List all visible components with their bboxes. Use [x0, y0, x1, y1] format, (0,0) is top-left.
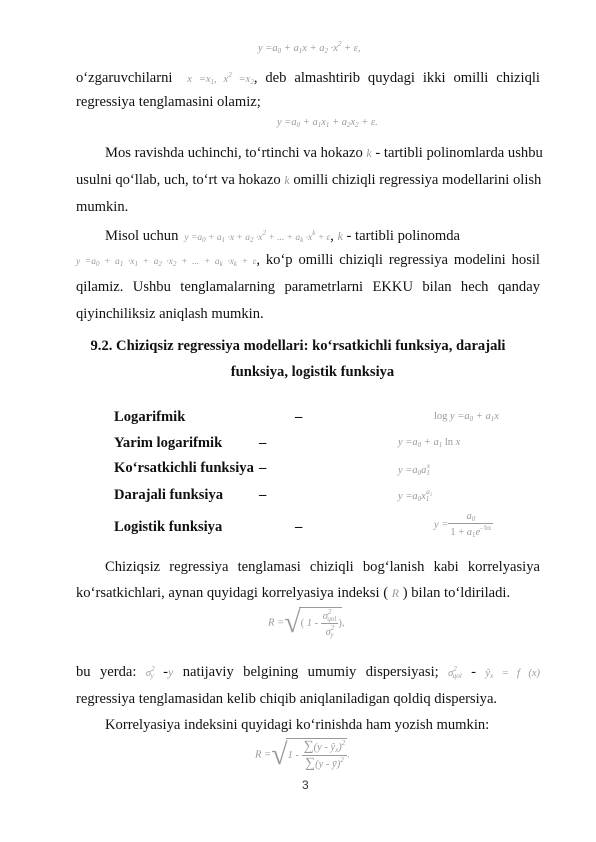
formula-quadratic: y =a0 + a1x + a2 ·x2 + ε, [258, 40, 361, 55]
text: bu yerda: [76, 664, 136, 680]
paragraph-polynomial-line2: usulni qo‘llab, uch, to‘rt va hokazo k o… [76, 171, 540, 189]
formula-correlation-index-alt: R =√1 - ∑(y - ŷx)2∑(y - ȳ)2. [255, 738, 350, 772]
text: - [471, 664, 476, 680]
paragraph-polynomial-line1: Mos ravishda uchinchi, to‘rtinchi va hok… [105, 144, 540, 162]
formula-sigma-qol: σ2qol [448, 668, 462, 679]
text: Misol uchun [105, 228, 178, 244]
paragraph-alt-form: Korrelyasiya indeksini quyidagi ko‘rinis… [105, 716, 489, 734]
page-number: 3 [302, 778, 309, 792]
paragraph-correlation-line1: Chiziqsiz regressiya tenglamasi chiziqli… [105, 558, 540, 576]
text: , deb almashtirib quydagi ikki omilli ch… [254, 70, 540, 86]
formula-quadratic-text: y =a0 + a1x + a2 ·x2 + ε, [258, 43, 361, 54]
formula-y-symbol: y [168, 665, 173, 679]
model-dash: – [295, 518, 302, 536]
paragraph-substitution-line1: o‘zgaruvchilarni x =x1, x2 =x2, deb alma… [76, 66, 540, 91]
model-name-semi-logarithmic: Yarim logarifmik [114, 434, 222, 452]
formula-k: k [284, 173, 289, 187]
model-dash: – [259, 434, 266, 452]
formula-substitution: x =x1, x2 =x2 [180, 74, 253, 85]
model-dash: – [295, 408, 302, 426]
formula-multifactor: y =a0 + a1 ·x1 + a2 ·x2 + ... + ak ·xk +… [76, 257, 256, 267]
paragraph-correlation-line2: ko‘rsatkichlari, aynan quyidagi korrelya… [76, 584, 510, 602]
formula-k: k [366, 146, 371, 160]
formula-sigma-y: σ2y [146, 668, 154, 679]
model-dash: – [259, 459, 266, 477]
formula-two-factor: y =a0 + a1x1 + a2x2 + ε. [277, 117, 378, 129]
section-heading-line1: 9.2. Chiziqsiz regressiya modellari: ko‘… [0, 338, 596, 355]
paragraph-example-line1: Misol uchun y =a0 + a1 ·x + a2 ·x2 + ...… [105, 224, 460, 249]
formula-logarithmic: log y =a0 + a1x [434, 411, 499, 423]
text: , ko‘p omilli chiziqli regressiya modeli… [256, 252, 540, 268]
paragraph-substitution-line2: regressiya tenglamasini olamiz; [76, 93, 261, 111]
formula-semi-logarithmic: y =a0 + a1 ln x [398, 437, 460, 449]
model-name-logistic: Logistik funksiya [114, 518, 222, 536]
text: o‘zgaruvchilarni [76, 70, 172, 86]
text: Mos ravishda uchinchi, to‘rtinchi va hok… [105, 145, 363, 161]
paragraph-example-line2: y =a0 + a1 ·x1 + a2 ·x2 + ... + ak ·xk +… [76, 251, 540, 273]
formula-exponential: y =a0a1x [398, 462, 430, 477]
model-name-logarithmic: Logarifmik [114, 408, 185, 426]
formula-power: y =a0x1a1 [398, 488, 432, 503]
text: omilli chiziqli regressiya modellarini o… [293, 172, 541, 188]
paragraph-example-line3: qilamiz. Ushbu tenglamalarning parametrl… [76, 278, 540, 296]
text: natijaviy belgining umumiy dispersiyasi; [183, 664, 439, 680]
paragraph-where-line2: regressiya tenglamasidan kelib chiqib an… [76, 690, 497, 708]
text: - tartibli polinomda [347, 228, 461, 244]
section-heading-line2: funksiya, logistik funksiya [0, 364, 596, 381]
formula-R-symbol: R [392, 586, 399, 600]
formula-logistic: y =a01 + a1e- bx [434, 511, 493, 539]
paragraph-polynomial-line3: mumkin. [76, 198, 128, 216]
formula-polynomial: y =a0 + a1 ·x + a2 ·x2 + ... + ak ·xk + … [182, 233, 330, 243]
paragraph-example-line4: qiyinchiliksiz aniqlash mumkin. [76, 305, 264, 323]
model-name-exponential: Ko‘rsatkichli funksiya [114, 459, 254, 477]
model-name-power: Darajali funksiya [114, 486, 223, 504]
text: - tartibli polinomlarda ushbu [375, 145, 542, 161]
text: ) bilan to‘ldiriladi. [403, 585, 510, 601]
formula-k: k [338, 229, 343, 243]
model-dash: – [259, 486, 266, 504]
formula-yhat: ŷx = f (x) [485, 668, 540, 679]
text: usulni qo‘llab, uch, to‘rt va hokazo [76, 172, 281, 188]
text: ko‘rsatkichlari, aynan quyidagi korrelya… [76, 585, 388, 601]
formula-correlation-index: R =√( 1 - σ2qolσ2y), [268, 606, 344, 640]
paragraph-where-line1: bu yerda: σ2y -y natijaviy belgining umu… [76, 660, 540, 685]
text: , [330, 228, 334, 244]
